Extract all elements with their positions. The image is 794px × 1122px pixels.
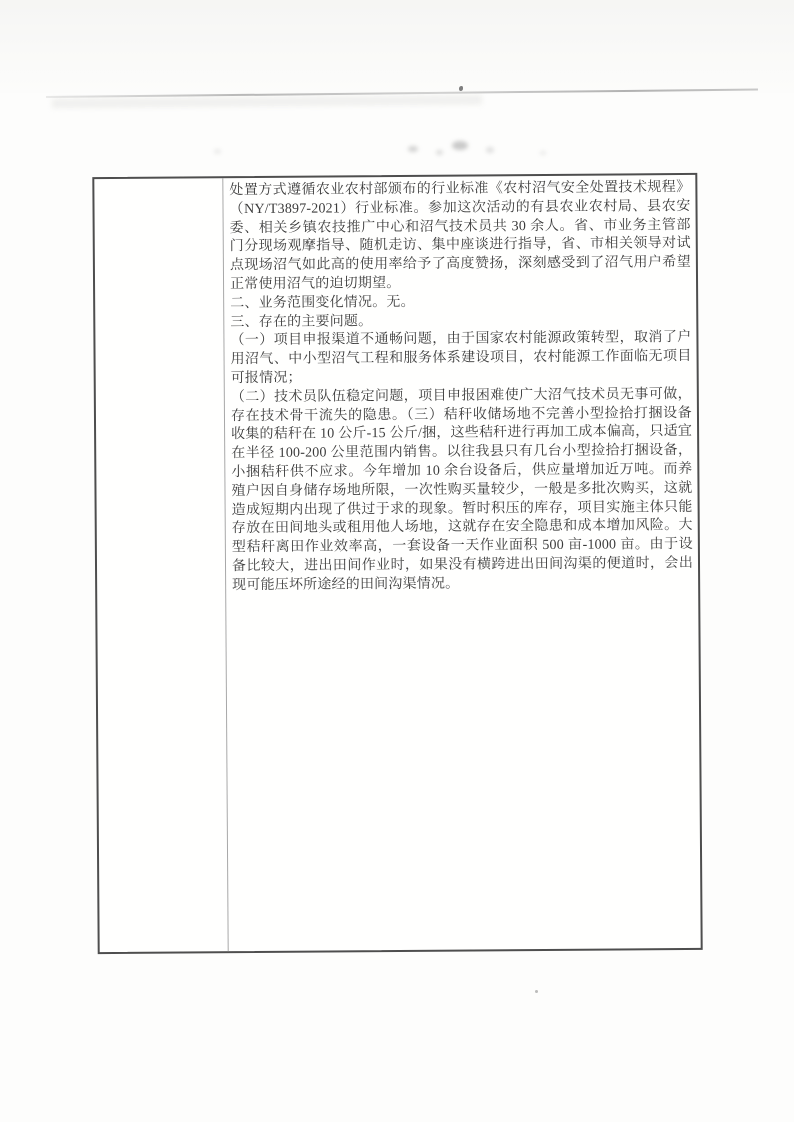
scan-top-shading — [0, 0, 794, 93]
scanned-document-page: 处置方式遵循农业农村部颁布的行业标准《农村沼气安全处置技术规程》（NY/T389… — [0, 0, 794, 1122]
scan-smudge — [452, 141, 468, 150]
scan-speck — [535, 990, 538, 993]
scan-smudge — [540, 151, 546, 155]
scan-smudge — [436, 150, 443, 155]
scan-smudge — [214, 149, 221, 154]
scan-smudge — [408, 146, 418, 152]
paragraph-disposal-activity: 处置方式遵循农业农村部颁布的行业标准《农村沼气安全处置技术规程》（NY/T389… — [229, 179, 691, 295]
scan-smudge — [486, 147, 494, 153]
table-content-cell: 处置方式遵循农业农村部颁布的行业标准《农村沼气安全处置技术规程》（NY/T389… — [223, 175, 700, 951]
report-table: 处置方式遵循农业农村部颁布的行业标准《农村沼气安全处置技术规程》（NY/T389… — [92, 173, 702, 954]
paragraph-problem-two-three: （二）技术员队伍稳定问题，项目申报困难使广大沼气技术员无事可做，存在技术骨干流失… — [231, 386, 693, 596]
table-label-cell — [94, 178, 228, 952]
scan-speck — [459, 86, 463, 91]
paragraph-problem-one: （一）项目申报渠道不通畅问题，由于国家农村能源政策转型，取消了户用沼气、中小型沼… — [230, 329, 691, 389]
scan-fold-shadow — [52, 95, 482, 108]
